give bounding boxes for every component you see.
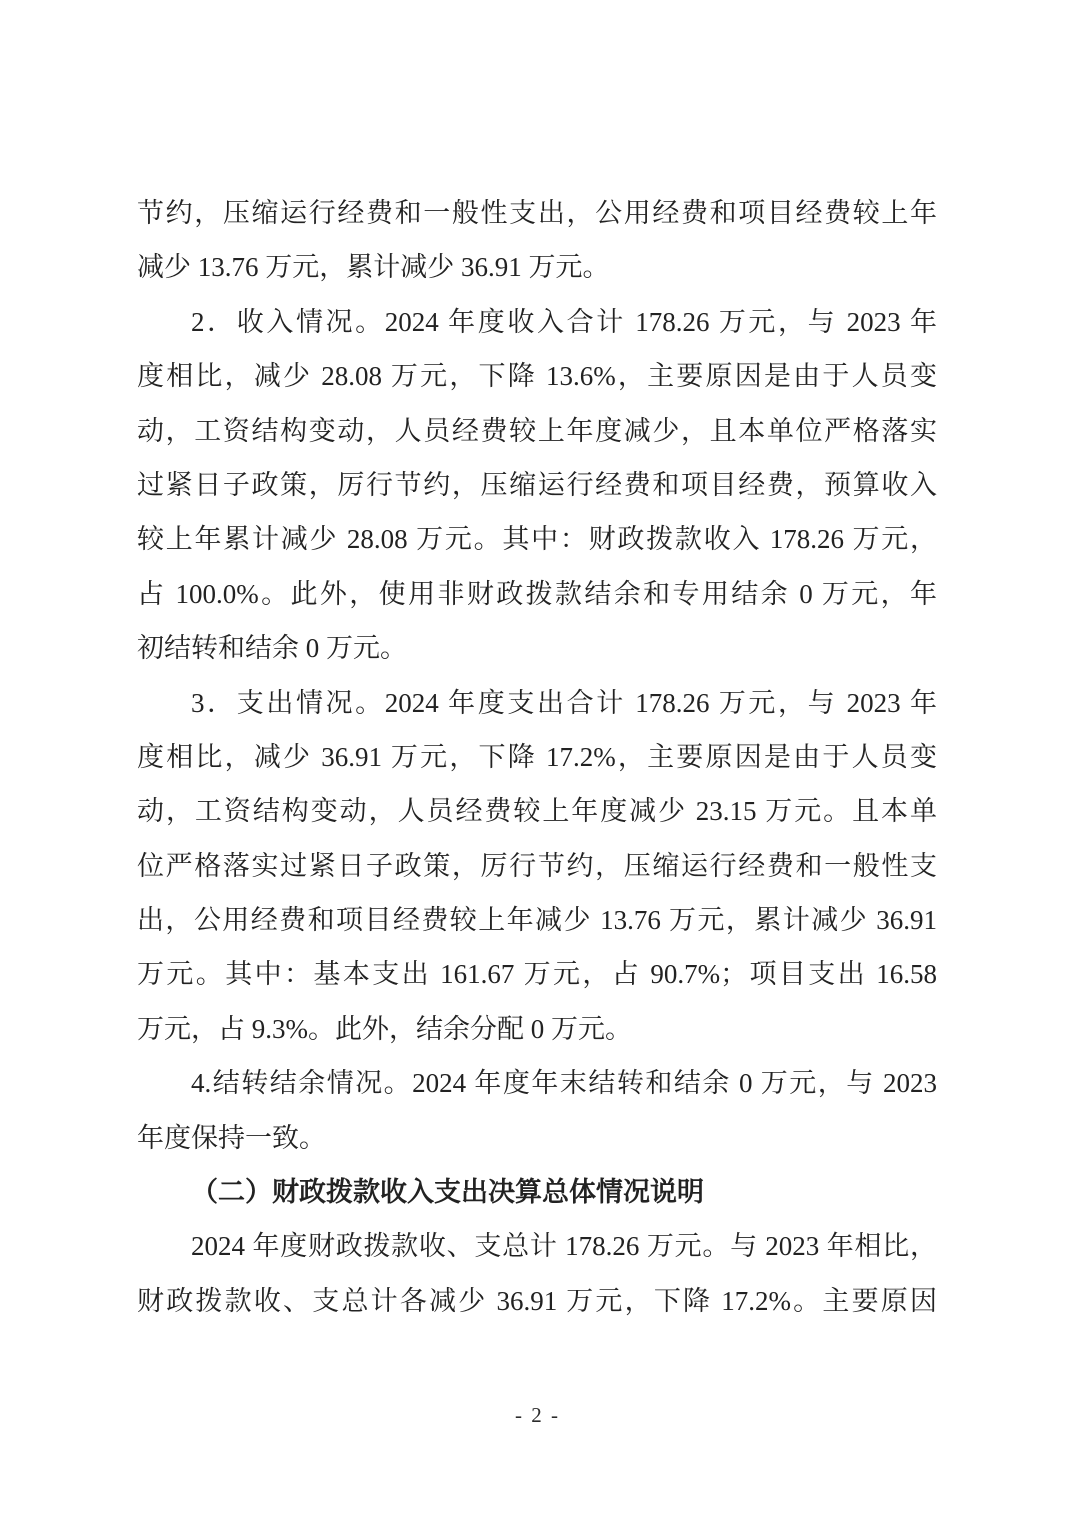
text-line: 2024 年度财政拨款收、支总计 178.26 万元。与 2023 年相比， [137, 1219, 937, 1273]
text-line: 度相比，减少 28.08 万元，下降 13.6%，主要原因是由于人员变 [137, 349, 937, 403]
text-line: 年度保持一致。 [137, 1111, 937, 1165]
text-line: 动，工资结构变动，人员经费较上年度减少，且本单位严格落实 [137, 404, 937, 458]
text-line: 初结转和结余 0 万元。 [137, 621, 937, 675]
text-line: 较上年累计减少 28.08 万元。其中：财政拨款收入 178.26 万元， [137, 512, 937, 566]
section-heading: （二）财政拨款收入支出决算总体情况说明 [137, 1165, 937, 1219]
text-line: 万元。其中：基本支出 161.67 万元，占 90.7%；项目支出 16.58 [137, 947, 937, 1001]
text-line: 节约，压缩运行经费和一般性支出，公用经费和项目经费较上年 [137, 186, 937, 240]
text-line: 3．支出情况。2024 年度支出合计 178.26 万元，与 2023 年 [137, 676, 937, 730]
document-body: 节约，压缩运行经费和一般性支出，公用经费和项目经费较上年 减少 13.76 万元… [137, 186, 937, 1328]
text-line: 占 100.0%。此外，使用非财政拨款结余和专用结余 0 万元，年 [137, 567, 937, 621]
text-line: 度相比，减少 36.91 万元，下降 17.2%，主要原因是由于人员变 [137, 730, 937, 784]
text-line: 财政拨款收、支总计各减少 36.91 万元，下降 17.2%。主要原因 [137, 1274, 937, 1328]
text-line: 4.结转结余情况。2024 年度年末结转和结余 0 万元，与 2023 [137, 1056, 937, 1110]
text-line: 位严格落实过紧日子政策，厉行节约，压缩运行经费和一般性支 [137, 839, 937, 893]
document-page: { "page": { "background": "#ffffff", "te… [0, 0, 1075, 1520]
text-line: 减少 13.76 万元，累计减少 36.91 万元。 [137, 240, 937, 294]
page-number: - 2 - [0, 1403, 1075, 1428]
text-line: 动，工资结构变动，人员经费较上年度减少 23.15 万元。且本单 [137, 784, 937, 838]
text-line: 过紧日子政策，厉行节约，压缩运行经费和项目经费，预算收入 [137, 458, 937, 512]
text-line: 万元，占 9.3%。此外，结余分配 0 万元。 [137, 1002, 937, 1056]
text-line: 2．收入情况。2024 年度收入合计 178.26 万元，与 2023 年 [137, 295, 937, 349]
text-line: 出，公用经费和项目经费较上年减少 13.76 万元，累计减少 36.91 [137, 893, 937, 947]
